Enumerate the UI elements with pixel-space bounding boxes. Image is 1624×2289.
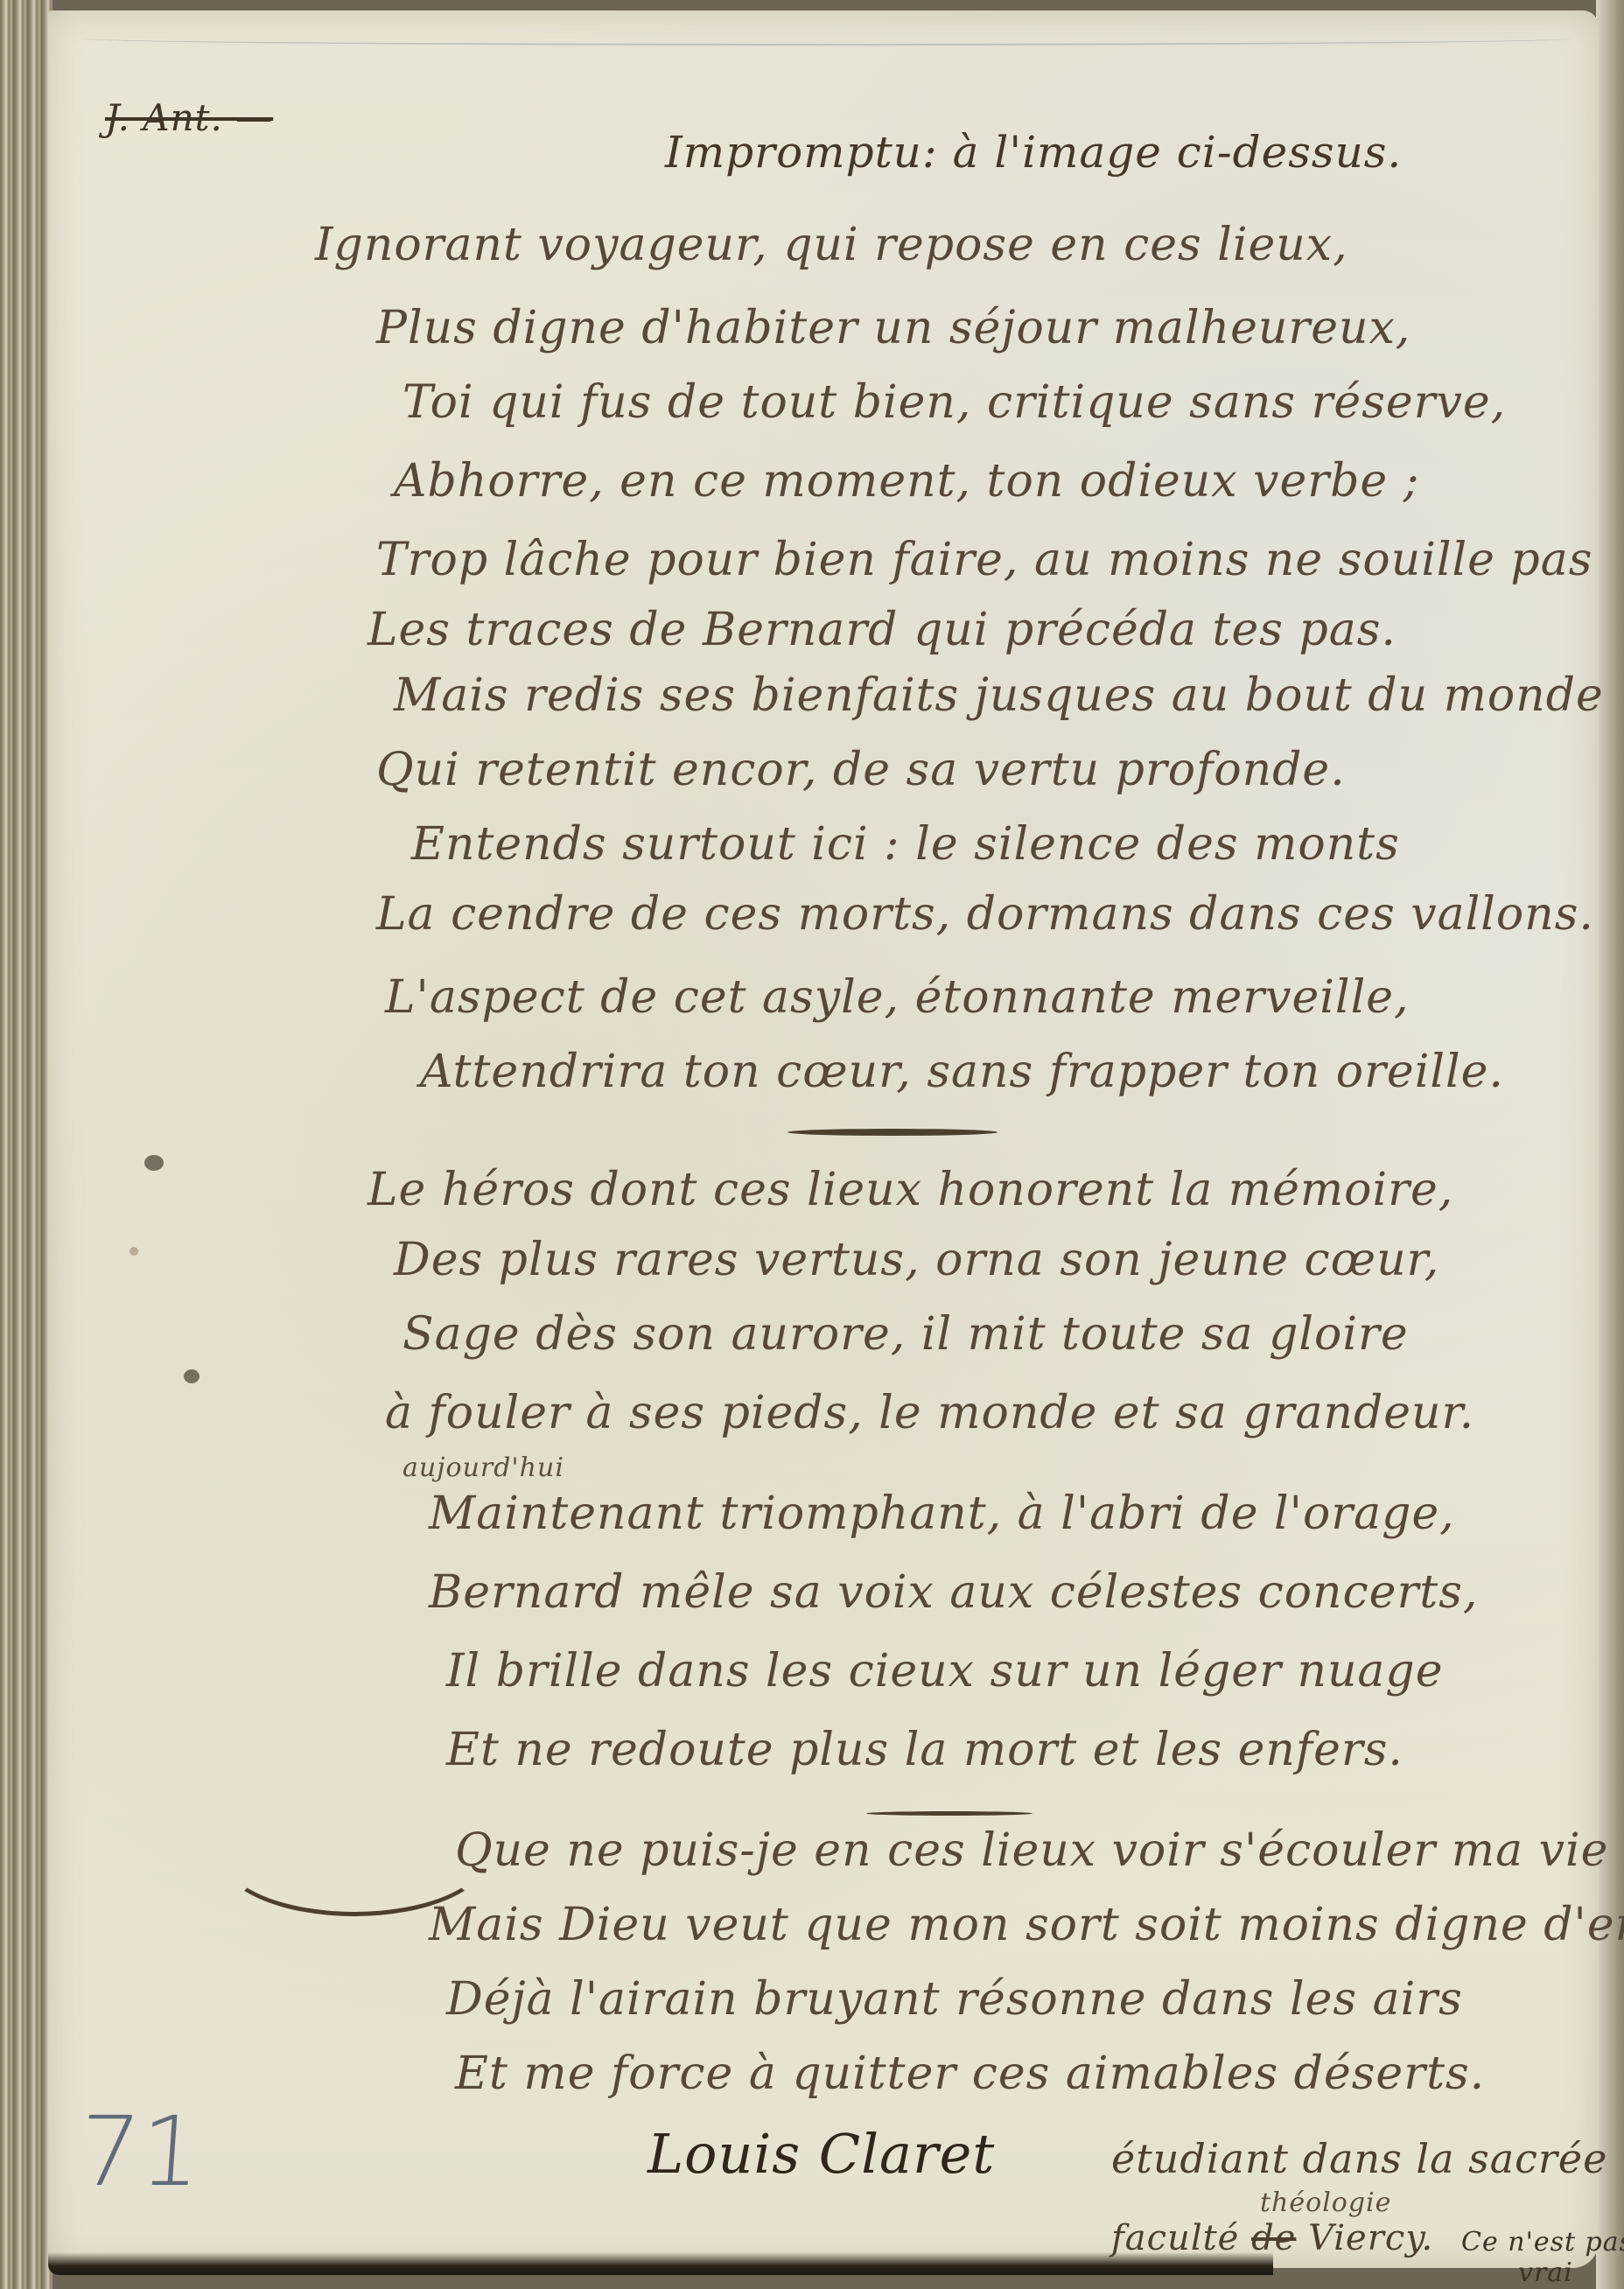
interlinear-insertion: aujourd'hui bbox=[402, 1452, 564, 1483]
stanza-separator bbox=[866, 1811, 1032, 1816]
signature-title-line2: faculté de Viercy. bbox=[1111, 2218, 1433, 2258]
verse-line: Entends surtout ici : le silence des mon… bbox=[411, 818, 1400, 871]
verse-line: à fouler à ses pieds, le monde et sa gra… bbox=[385, 1387, 1474, 1439]
verse-line: L'aspect de cet asyle, étonnante merveil… bbox=[385, 971, 1410, 1024]
manuscript-scan: J. Ant. — Impromptu: à l'image ci-dessus… bbox=[0, 0, 1624, 2289]
page-bottom-damage bbox=[48, 2252, 1273, 2275]
verse-line: Attendrira ton cœur, sans frapper ton or… bbox=[420, 1046, 1504, 1098]
ink-stain bbox=[184, 1369, 199, 1383]
verse-line: Trop lâche pour bien faire, au moins ne … bbox=[376, 534, 1592, 586]
verse-line: Plus digne d'habiter un séjour malheureu… bbox=[376, 302, 1410, 354]
ink-stain bbox=[129, 1247, 138, 1256]
verse-line: Des plus rares vertus, orna son jeune cœ… bbox=[394, 1234, 1439, 1286]
stanza-separator bbox=[787, 1129, 997, 1136]
verse-line: Les traces de Bernard qui précéda tes pa… bbox=[367, 604, 1396, 656]
verse-line: Qui retentit encor, de sa vertu profonde… bbox=[376, 744, 1346, 796]
ink-stain bbox=[144, 1155, 164, 1171]
signature-struck-word: de bbox=[1251, 2218, 1296, 2258]
verse-line: La cendre de ces morts, dormans dans ces… bbox=[376, 888, 1594, 941]
signature-name: Louis Claret bbox=[647, 2122, 995, 2186]
verse-line: Sage dès son aurore, il mit toute sa glo… bbox=[402, 1308, 1409, 1361]
verse-line: Maintenant triomphant, à l'abri de l'ora… bbox=[429, 1487, 1455, 1540]
verse-line: Ignorant voyageur, qui repose en ces lie… bbox=[315, 219, 1348, 271]
verse-line: Mais Dieu veut que mon sort soit moins d… bbox=[429, 1899, 1624, 1951]
folio-number: 71 bbox=[75, 2096, 206, 2208]
verse-line: Abhorre, en ce moment, ton odieux verbe … bbox=[394, 455, 1419, 507]
verse-line: Le héros dont ces lieux honorent la mémo… bbox=[367, 1164, 1453, 1216]
margin-note-line2: vrai bbox=[1518, 2257, 1573, 2288]
struck-heading: J. Ant. — bbox=[105, 96, 273, 139]
page-top-edge-line bbox=[83, 28, 1571, 45]
verse-line: Il brille dans les cieux sur un léger nu… bbox=[446, 1645, 1444, 1697]
signature-insertion: théologie bbox=[1260, 2187, 1391, 2218]
signature-title-line1: étudiant dans la sacrée bbox=[1111, 2135, 1607, 2182]
signature-place: Viercy. bbox=[1308, 2218, 1433, 2258]
book-binding-edge bbox=[0, 0, 52, 2289]
verse-line: Que ne puis-je en ces lieux voir s'écoul… bbox=[455, 1824, 1624, 1877]
verse-line: Bernard mêle sa voix aux célestes concer… bbox=[429, 1566, 1478, 1619]
verse-line: Toi qui fus de tout bien, critique sans … bbox=[402, 376, 1506, 429]
verse-line: Et ne redoute plus la mort et les enfers… bbox=[446, 1724, 1403, 1776]
poem-title: Impromptu: à l'image ci-dessus. bbox=[665, 127, 1402, 178]
verse-line: Mais redis ses bienfaits jusques au bout… bbox=[394, 669, 1604, 722]
margin-flourish bbox=[219, 1794, 490, 1916]
verse-line: Et me force à quitter ces aimables déser… bbox=[455, 2047, 1485, 2100]
margin-note-line1: Ce n'est pas bbox=[1461, 2227, 1624, 2257]
signature-faculty: faculté bbox=[1111, 2218, 1239, 2258]
verse-line: Déjà l'airain bruyant résonne dans les a… bbox=[446, 1973, 1463, 2026]
